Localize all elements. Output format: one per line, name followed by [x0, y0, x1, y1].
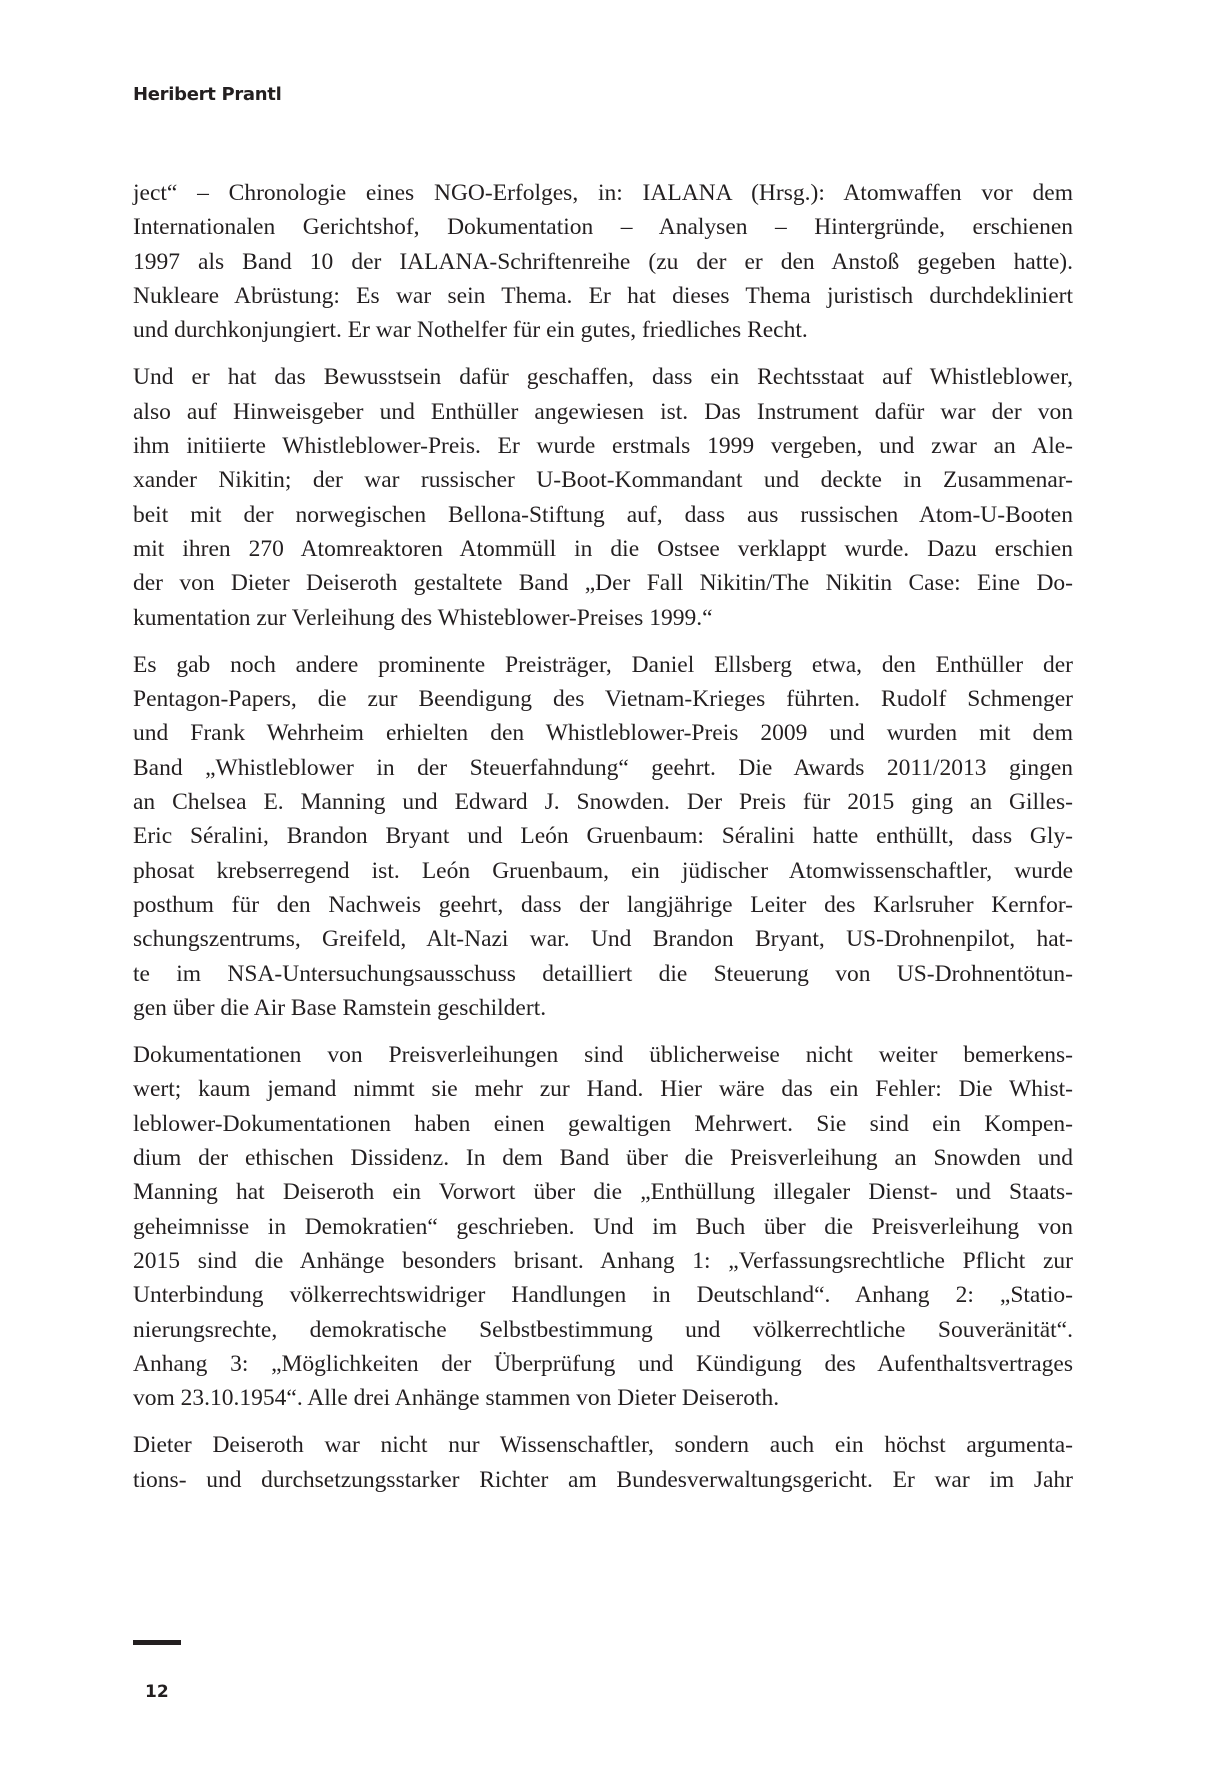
running-head-author: Heribert Prantl	[133, 84, 281, 105]
text-line: Dieter Deiseroth war nicht nur Wissensch…	[133, 1428, 1073, 1462]
text-line: nierungsrechte, demokratische Selbstbest…	[133, 1313, 1073, 1347]
text-line: wert; kaum jemand nimmt sie mehr zur Han…	[133, 1072, 1073, 1106]
text-line: posthum für den Nachweis geehrt, dass de…	[133, 888, 1073, 922]
text-line: xander Nikitin; der war russischer U-Boo…	[133, 463, 1073, 497]
text-line: und Frank Wehrheim erhielten den Whistle…	[133, 716, 1073, 750]
text-line: an Chelsea E. Manning und Edward J. Snow…	[133, 785, 1073, 819]
paragraph-5: Dieter Deiseroth war nicht nur Wissensch…	[133, 1428, 1073, 1497]
text-line: Es gab noch andere prominente Preisträge…	[133, 648, 1073, 682]
text-line: Nukleare Abrüstung: Es war sein Thema. E…	[133, 279, 1073, 313]
text-line: Anhang 3: „Möglichkeiten der Überprüfung…	[133, 1347, 1073, 1381]
text-line: also auf Hinweisgeber und Enthüller ange…	[133, 395, 1073, 429]
text-line: 1997 als Band 10 der IALANA-Schriftenrei…	[133, 245, 1073, 279]
text-line: te im NSA-Untersuchungsausschuss detaill…	[133, 957, 1073, 991]
text-line: Band „Whistleblower in der Steuerfahndun…	[133, 751, 1073, 785]
text-line: vom 23.10.1954“. Alle drei Anhänge stamm…	[133, 1381, 1073, 1415]
text-line: und durchkonjungiert. Er war Nothelfer f…	[133, 313, 1073, 347]
page-number: 12	[145, 1682, 169, 1702]
text-line: tions- und durchsetzungsstarker Richter …	[133, 1463, 1073, 1497]
text-line: gen über die Air Base Ramstein geschilde…	[133, 991, 1073, 1025]
text-line: Pentagon-Papers, die zur Beendigung des …	[133, 682, 1073, 716]
text-line: beit mit der norwegischen Bellona-Stiftu…	[133, 498, 1073, 532]
body-text: ject“ – Chronologie eines NGO-Erfolges, …	[133, 176, 1073, 1510]
text-line: ject“ – Chronologie eines NGO-Erfolges, …	[133, 176, 1073, 210]
text-line: Eric Séralini, Brandon Bryant und León G…	[133, 819, 1073, 853]
paragraph-1: ject“ – Chronologie eines NGO-Erfolges, …	[133, 176, 1073, 347]
text-line: leblower-Dokumentationen haben einen gew…	[133, 1107, 1073, 1141]
text-line: Manning hat Deiseroth ein Vorwort über d…	[133, 1175, 1073, 1209]
paragraph-4: Dokumentationen von Preisverleihungen si…	[133, 1038, 1073, 1415]
text-line: phosat krebserregend ist. León Gruenbaum…	[133, 854, 1073, 888]
text-line: dium der ethischen Dissidenz. In dem Ban…	[133, 1141, 1073, 1175]
footer-rule-divider	[133, 1640, 181, 1645]
text-line: mit ihren 270 Atomreaktoren Atommüll in …	[133, 532, 1073, 566]
text-line: ihm initiierte Whistleblower-Preis. Er w…	[133, 429, 1073, 463]
text-line: Und er hat das Bewusstsein dafür geschaf…	[133, 360, 1073, 394]
paragraph-3: Es gab noch andere prominente Preisträge…	[133, 648, 1073, 1025]
text-line: Internationalen Gerichtshof, Dokumentati…	[133, 210, 1073, 244]
text-line: der von Dieter Deiseroth gestaltete Band…	[133, 566, 1073, 600]
text-line: geheimnisse in Demokratien“ geschrieben.…	[133, 1210, 1073, 1244]
text-line: schungszentrums, Greifeld, Alt-Nazi war.…	[133, 922, 1073, 956]
text-line: Dokumentationen von Preisverleihungen si…	[133, 1038, 1073, 1072]
text-line: 2015 sind die Anhänge besonders brisant.…	[133, 1244, 1073, 1278]
text-line: Unterbindung völkerrechtswidriger Handlu…	[133, 1278, 1073, 1312]
paragraph-2: Und er hat das Bewusstsein dafür geschaf…	[133, 360, 1073, 634]
text-line: kumentation zur Verleihung des Whisteblo…	[133, 601, 1073, 635]
